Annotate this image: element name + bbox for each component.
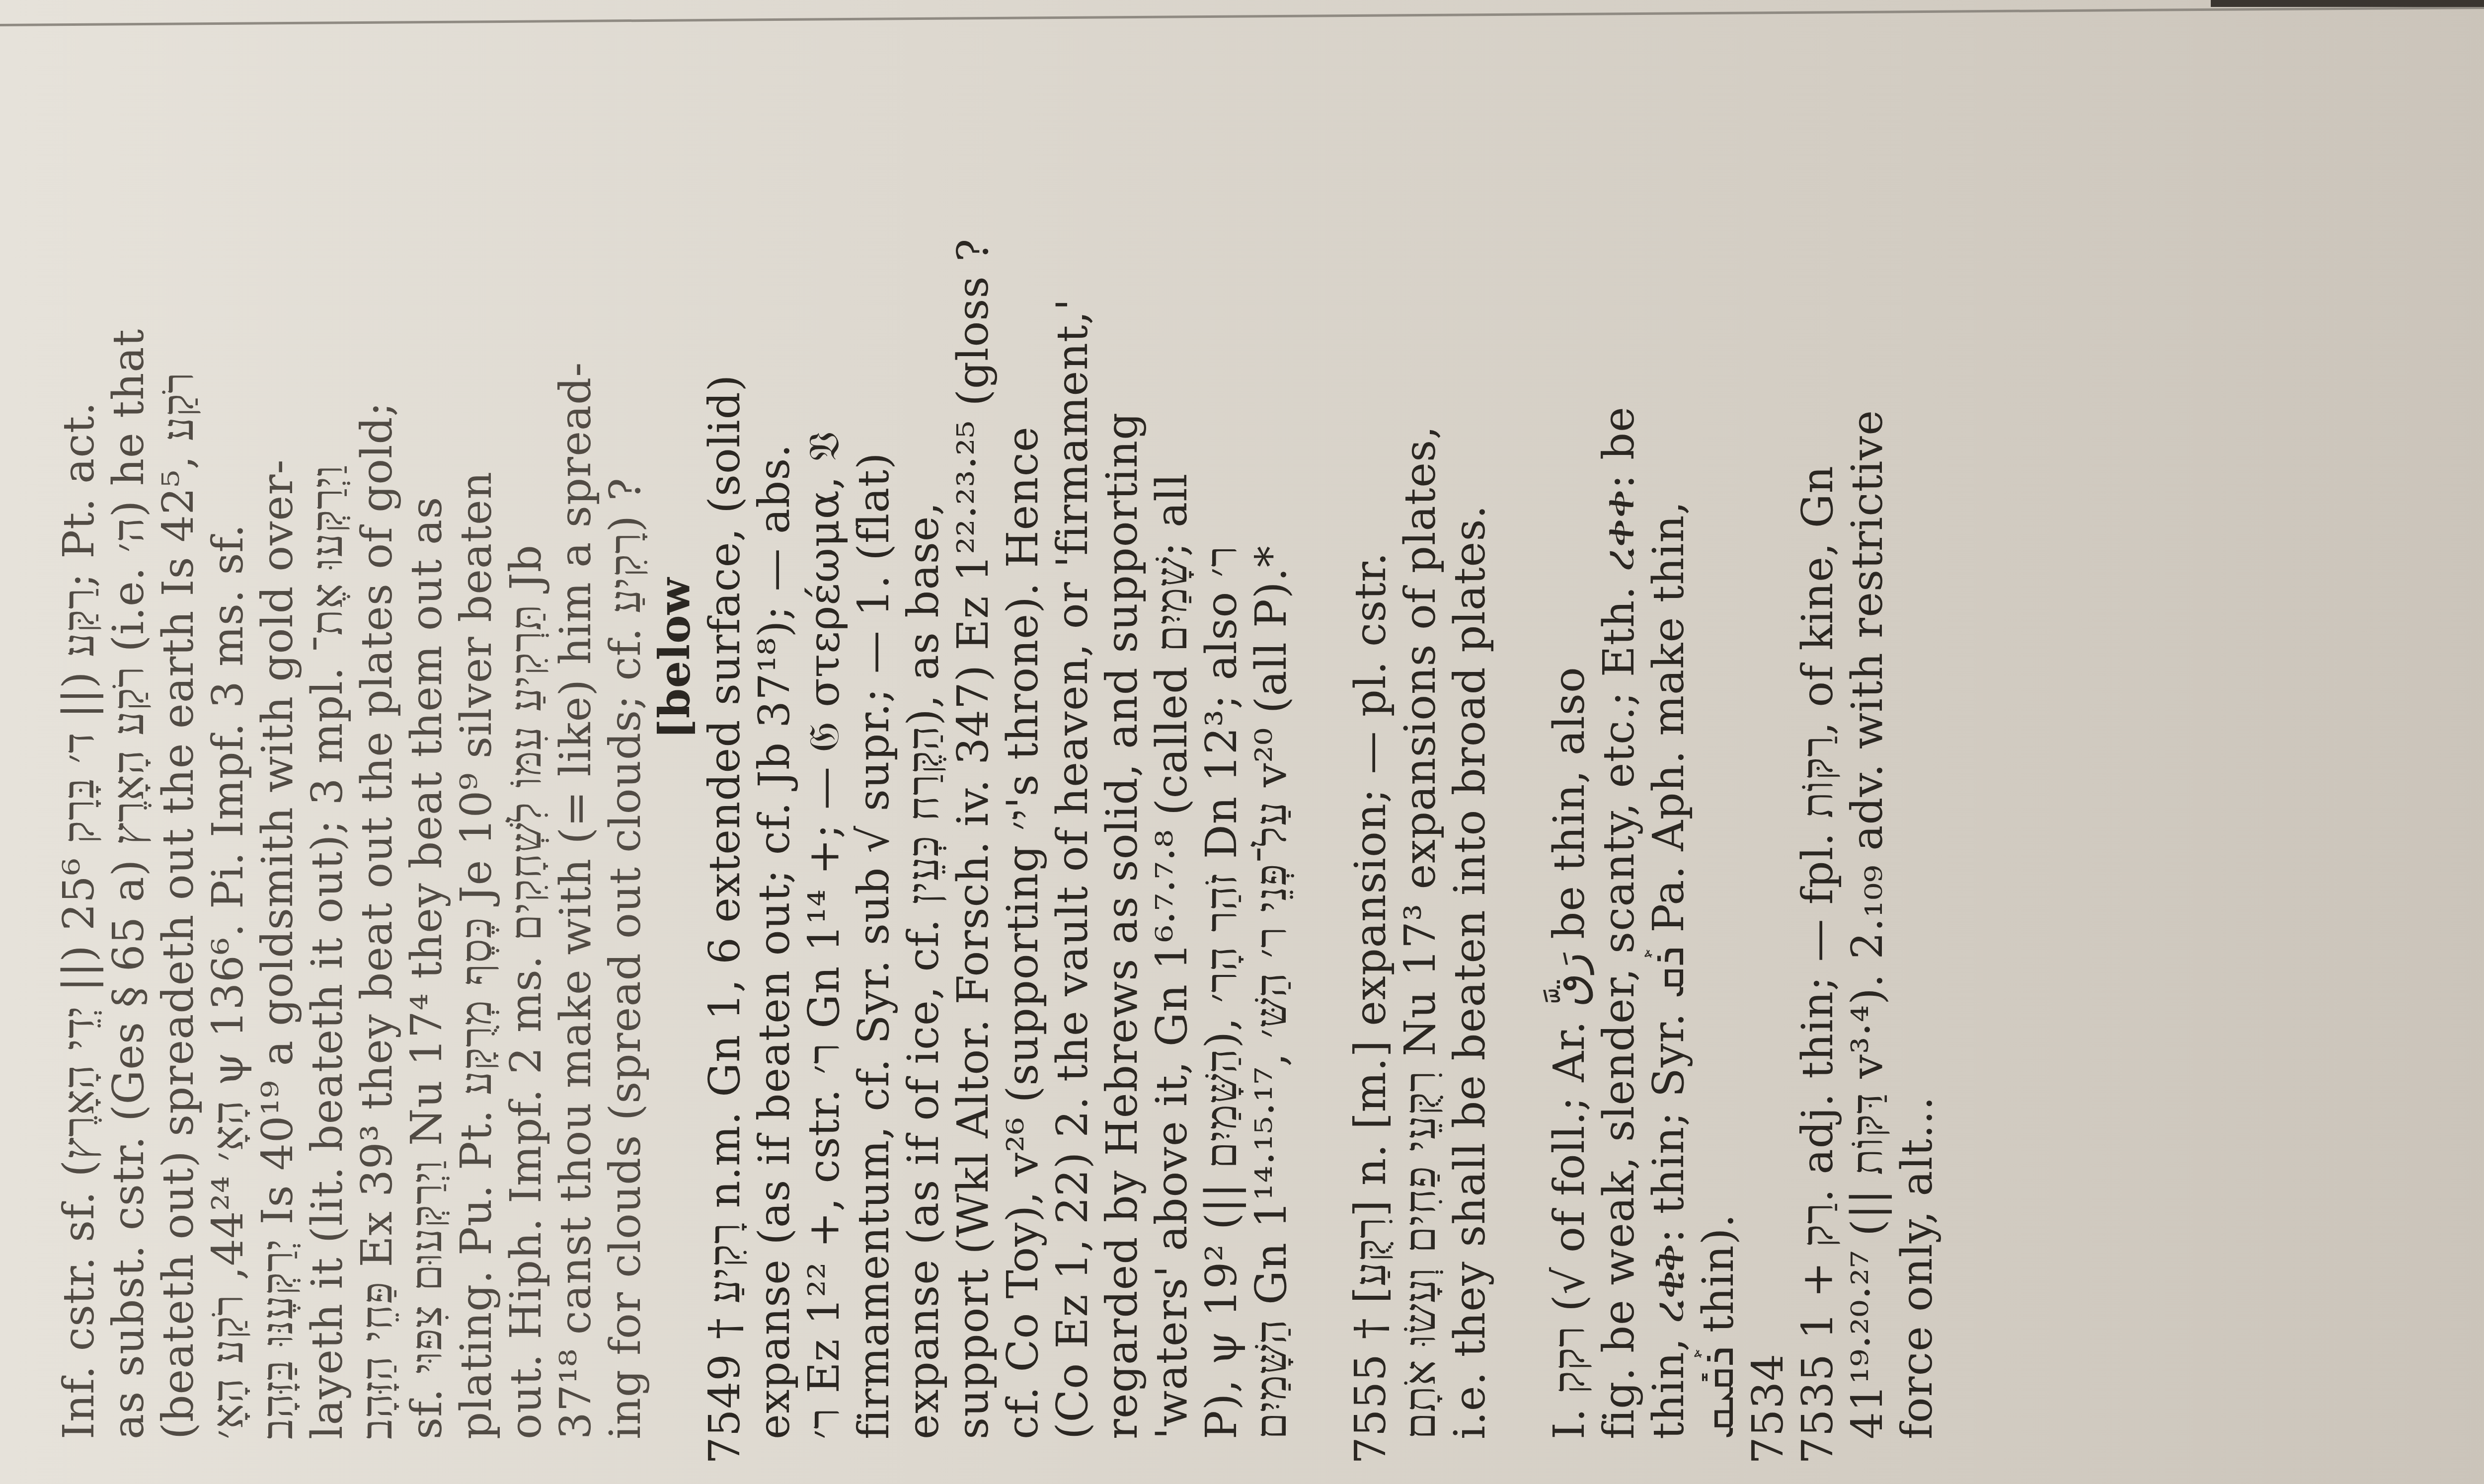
text-line: fig. be weak, slender, scanty, etc.; Eth… <box>1595 406 1643 1439</box>
column-rule <box>0 5 2484 26</box>
rotated-page: Inf. cstr. sf. רַקַּע (|| ד׳ בָּרָק 25⁶ … <box>0 44 2484 1484</box>
text-line: as subst. cstr. (Ges § 65 a) רֹקַע הָאָר… <box>104 329 153 1439</box>
text-line: cf. Co Toy), v²⁶ (supporting י׳'s throne… <box>999 426 1047 1439</box>
text-line: support (Wkl Altor. Forsch. iv. 347) Ez … <box>949 238 998 1439</box>
text-line: Inf. cstr. sf. רַקַּע (|| ד׳ בָּרָק 25⁶ … <box>55 401 103 1439</box>
entry-line: 7535 רַק + 1. adj. thin; — fpl. רַקּוֹת,… <box>1793 465 1842 1464</box>
text-line: הַשָּׁמַיִם Gn 1¹⁴·¹⁵·¹⁷, עַל־פְּנֵי ר׳ … <box>1247 545 1296 1439</box>
text-line: firmamentum, cf. Syr. sub √ supr.; — 1. … <box>850 452 898 1439</box>
text-line: ing for clouds (spread out clouds; cf. ר… <box>601 477 650 1439</box>
text-line: thin, ረቂቅ: thin; Syr. ܪܰܩ Pa. Aph. make … <box>1644 501 1693 1439</box>
text-line: P), ψ 19² (|| הַשָּׁמַיִם), זֹהַר הָר׳ D… <box>1197 545 1246 1439</box>
text-line: regarded by Hebrews as solid, and suppor… <box>1098 412 1147 1439</box>
text-line: פַּחֵי הַזָּהָב Ex 39³ they beat out the… <box>353 401 401 1439</box>
text-line: expanse (as if of ice, cf. הַקֶּרַח כְּע… <box>899 502 948 1439</box>
text-line: רִקֻּעֵי פַחִים וְעָשׂוּ אֹתָם Nu 17³ ex… <box>1396 425 1445 1439</box>
text-line: 41¹⁹·²⁰·²⁷ (|| דַּקּוֹת v³·⁴). 2.₁₀₉ adv… <box>1843 410 1892 1439</box>
text-line: out. Hiph. Impf. 2 ms. תַּרְקִיעַ עִמּוֹ… <box>502 544 550 1439</box>
lexicon-page-photo: Inf. cstr. sf. רַקַּע (|| ד׳ בָּרָק 25⁶ … <box>0 0 2484 1484</box>
text-line: ܪܰܩܺܝܩ thin). <box>1694 1213 1743 1439</box>
text-line: 37¹⁸ canst thou make with (= like) him a… <box>551 362 600 1439</box>
text-line: (beateth out) spreadeth out the earth Is… <box>154 371 203 1439</box>
text-line: force only, alt... <box>1893 1096 1941 1439</box>
entry-line: 7555 † [רִקֻּעַ] n. [m.] expansion; — pl… <box>1346 552 1395 1464</box>
text-line: i.e. they shall be beaten into broad pla… <box>1446 505 1494 1439</box>
text-line: sf. וַיְרַקְּעוּם צִפּוּי Nu 17⁴ they be… <box>402 497 451 1439</box>
text-line: I. רקק (√ of foll.; Ar. رَقَّ be thin, a… <box>1545 667 1594 1439</box>
entry-line: 7534 <box>1744 1353 1792 1464</box>
text-line: (Co Ez 1, 22) 2. the vault of heaven, or… <box>1048 298 1097 1439</box>
entry-line: 7549 † רָקִיעַ n.m. Gn 1, 6 extended sur… <box>700 374 749 1464</box>
text-line: יְרַקְּעֶנּוּ בַּזָּהָב Is 40¹⁹ a goldsm… <box>253 459 302 1439</box>
text-line: ר׳ Ez 1²² +, cstr. ר׳ Gn 1¹⁴ +; — 𝔊 στερ… <box>800 432 849 1439</box>
text-line: הָאָ׳ 44²⁴, רֹקַע הָאָ׳ ψ 136⁶. Pi. Impf… <box>204 523 252 1439</box>
text-line: [below <box>651 577 699 739</box>
text-line: plating. Pu. Pt. כֶּסֶף מְרֻקָּע Je 10⁹ … <box>452 471 501 1439</box>
text-line: expanse (as if beaten out; cf. Jb 37¹⁸);… <box>750 444 799 1439</box>
text-line: layeth it (lit. beateth it out); 3 mpl. … <box>303 465 352 1439</box>
text-line: 'waters' above it, Gn 1⁶·⁷·⁷·⁸ (called ש… <box>1148 473 1196 1439</box>
column-rule-dark-edge <box>2211 0 2484 7</box>
